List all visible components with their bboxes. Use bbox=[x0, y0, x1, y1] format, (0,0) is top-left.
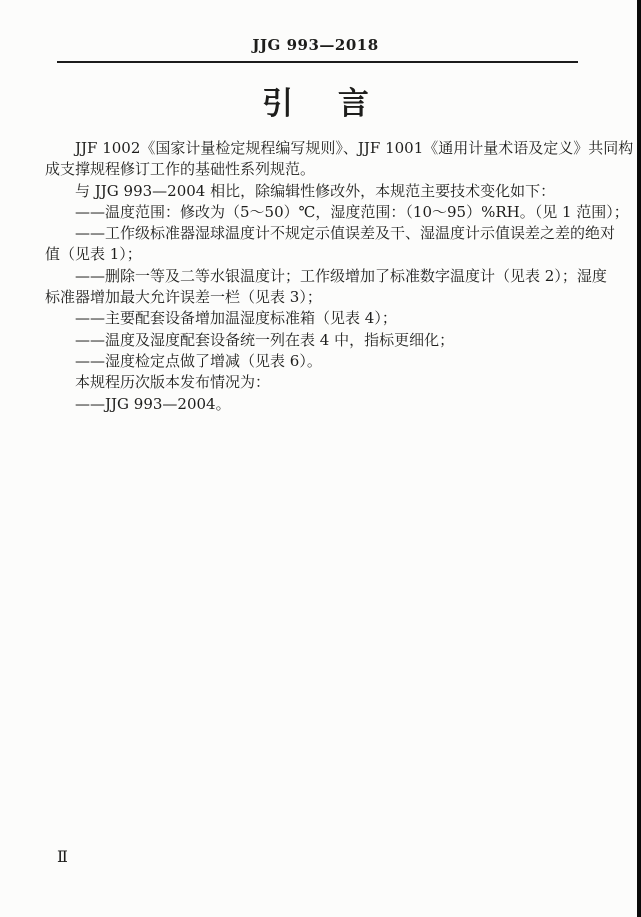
body-line: ——主要配套设备增加温湿度标准箱（见表 4）； bbox=[45, 308, 601, 329]
header-rule bbox=[57, 61, 578, 63]
body-line: ——工作级标准器湿球温度计不规定示值误差及干、湿温度计示值误差之差的绝对 bbox=[45, 223, 601, 244]
document-page: JJG 993—2018 引 言 JJF 1002《国家计量检定规程编写规则》、… bbox=[0, 0, 641, 917]
body-line: 标准器增加最大允许误差一栏（见表 3）； bbox=[45, 287, 601, 308]
document-code: JJG 993—2018 bbox=[0, 36, 631, 54]
body-line: JJF 1002《国家计量检定规程编写规则》、JJF 1001《通用计量术语及定… bbox=[45, 138, 601, 159]
body-line: 值（见表 1）； bbox=[45, 244, 601, 265]
page-title: 引 言 bbox=[0, 86, 631, 122]
body-line: ——温度及湿度配套设备统一列在表 4 中，指标更细化； bbox=[45, 330, 601, 351]
body-line: ——湿度检定点做了增减（见表 6）。 bbox=[45, 351, 601, 372]
body-line: ——温度范围：修改为（5～50）℃，湿度范围：（10～95）%RH。（见 1 范… bbox=[45, 202, 601, 223]
body-line: ——删除一等及二等水银温度计；工作级增加了标准数字温度计（见表 2）；湿度 bbox=[45, 266, 601, 287]
body-line: 本规程历次版本发布情况为： bbox=[45, 372, 601, 393]
body-line: 成支撑规程修订工作的基础性系列规范。 bbox=[45, 159, 601, 180]
page-number: Ⅱ bbox=[57, 847, 68, 866]
body-text: JJF 1002《国家计量检定规程编写规则》、JJF 1001《通用计量术语及定… bbox=[45, 138, 601, 415]
body-line: ——JJG 993—2004。 bbox=[45, 394, 601, 415]
body-line: 与 JJG 993—2004 相比，除编辑性修改外，本规范主要技术变化如下： bbox=[45, 181, 601, 202]
scan-edge-artifact bbox=[637, 0, 641, 917]
